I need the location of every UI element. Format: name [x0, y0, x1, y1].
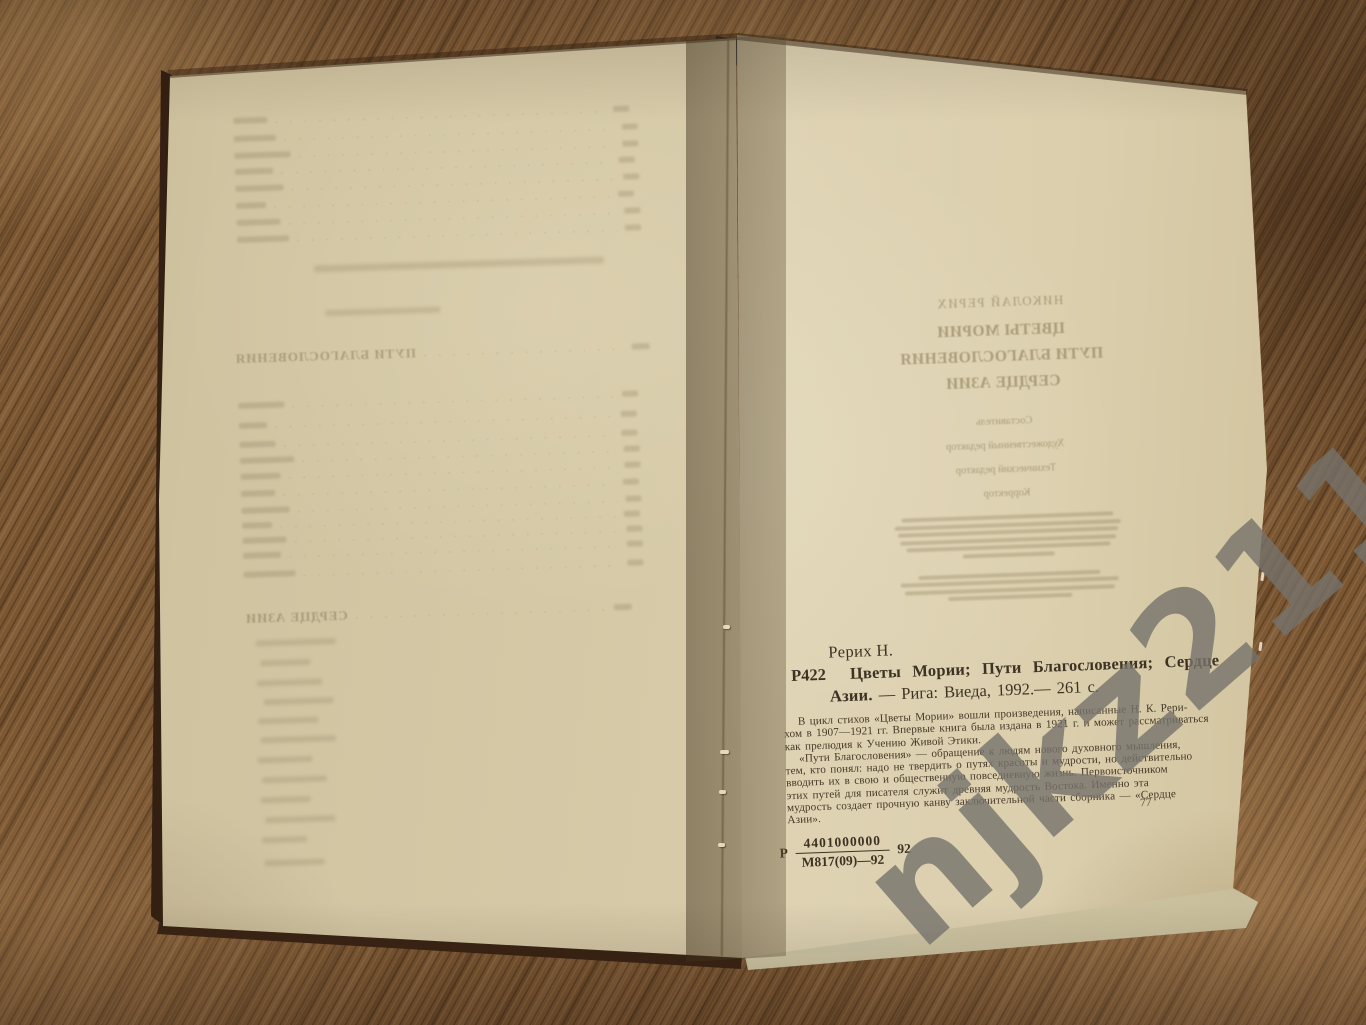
book-photo-scene: . . . . . . . . . . . . . . . . . . . . … — [0, 0, 1366, 1025]
photo-vignette — [0, 0, 1366, 1025]
